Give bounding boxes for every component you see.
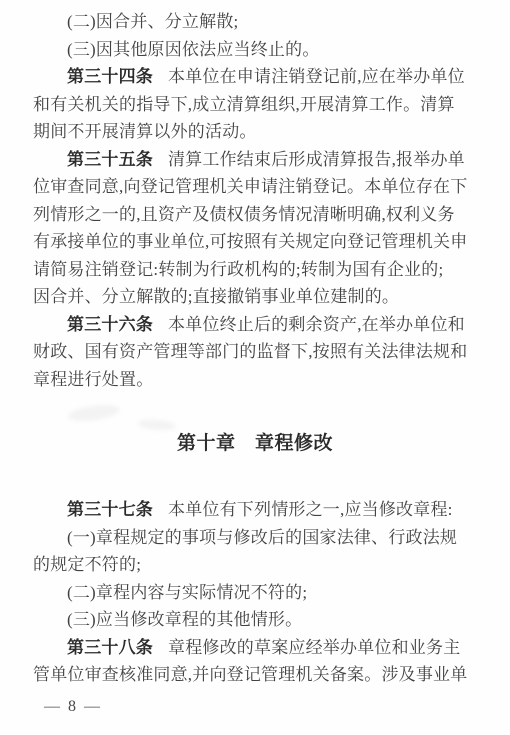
text-line: 章程进行处置。 bbox=[33, 366, 477, 394]
line-text: 因合并、分立解散的;直接撤销事业单位建制的。 bbox=[33, 287, 399, 306]
text-line: 第三十四条本单位在申请注销登记前,应在举办单位 bbox=[33, 63, 477, 91]
line-text: 管单位审查核准同意,并向登记管理机关备案。涉及事业单 bbox=[33, 665, 467, 684]
article-number: 第三十六条 bbox=[67, 315, 153, 334]
text-line: 第三十八条章程修改的草案应经举办单位和业务主 bbox=[33, 634, 477, 662]
document-body: (二)因合并、分立解散;(三)因其他原因依法应当终止的。第三十四条本单位在申请注… bbox=[33, 8, 477, 689]
line-text: 期间不开展清算以外的活动。 bbox=[33, 122, 257, 141]
line-text: 章程进行处置。 bbox=[33, 370, 153, 389]
article-number: 第三十五条 bbox=[67, 150, 153, 169]
text-line: (二)章程内容与实际情况不符的; bbox=[33, 579, 477, 607]
line-text: (二)因合并、分立解散; bbox=[67, 12, 238, 31]
text-line: 第三十七条本单位有下列情形之一,应当修改章程: bbox=[33, 496, 477, 524]
line-text: 位审查同意,向登记管理机关申请注销登记。本单位存在下 bbox=[33, 177, 467, 196]
text-line: 的规定不符的; bbox=[33, 551, 477, 579]
line-text: (一)章程规定的事项与修改后的国家法律、行政法规 bbox=[67, 528, 457, 547]
line-text: 列情形之一的,且资产及债权债务情况清晰明确,权利义务 bbox=[33, 205, 455, 224]
text-line: 管单位审查核准同意,并向登记管理机关备案。涉及事业单 bbox=[33, 661, 477, 689]
text-line: 期间不开展清算以外的活动。 bbox=[33, 118, 477, 146]
line-text: (三)因其他原因依法应当终止的。 bbox=[67, 40, 320, 59]
line-text: 本单位在申请注销登记前,应在举办单位 bbox=[168, 67, 465, 86]
line-text: 本单位终止后的剩余资产,在举办单位和 bbox=[168, 315, 465, 334]
text-line: 请简易注销登记:转制为行政机构的;转制为国有企业的; bbox=[33, 256, 477, 284]
line-text: 章程修改的草案应经举办单位和业务主 bbox=[168, 638, 460, 657]
text-line: 和有关机关的指导下,成立清算组织,开展清算工作。清算 bbox=[33, 91, 477, 119]
text-line: 财政、国有资产管理等部门的监督下,按照有关法律法规和 bbox=[33, 338, 477, 366]
text-line: (三)应当修改章程的其他情形。 bbox=[33, 606, 477, 634]
line-text: 和有关机关的指导下,成立清算组织,开展清算工作。清算 bbox=[33, 95, 455, 114]
line-text: (三)应当修改章程的其他情形。 bbox=[67, 610, 302, 629]
text-line: 因合并、分立解散的;直接撤销事业单位建制的。 bbox=[33, 283, 477, 311]
text-line: 有承接单位的事业单位,可按照有关规定向登记管理机关申 bbox=[33, 228, 477, 256]
line-text: 财政、国有资产管理等部门的监督下,按照有关法律法规和 bbox=[33, 342, 467, 361]
line-text: 清算工作结束后形成清算报告,报举办单 bbox=[168, 150, 465, 169]
line-text: 的规定不符的; bbox=[33, 555, 141, 574]
text-line: 第三十五条清算工作结束后形成清算报告,报举办单 bbox=[33, 146, 477, 174]
line-text: 本单位有下列情形之一,应当修改章程: bbox=[168, 500, 453, 519]
line-text: 请简易注销登记:转制为行政机构的;转制为国有企业的; bbox=[33, 260, 443, 279]
article-number: 第三十七条 bbox=[67, 500, 153, 519]
text-line: 位审查同意,向登记管理机关申请注销登记。本单位存在下 bbox=[33, 173, 477, 201]
page-number: — 8 — bbox=[44, 698, 102, 716]
text-line: 列情形之一的,且资产及债权债务情况清晰明确,权利义务 bbox=[33, 201, 477, 229]
line-text: (二)章程内容与实际情况不符的; bbox=[67, 583, 307, 602]
text-line: (一)章程规定的事项与修改后的国家法律、行政法规 bbox=[33, 524, 477, 552]
scanned-document-page: (二)因合并、分立解散;(三)因其他原因依法应当终止的。第三十四条本单位在申请注… bbox=[0, 0, 510, 735]
chapter-heading: 第十章 章程修改 bbox=[33, 430, 477, 457]
article-number: 第三十八条 bbox=[67, 638, 153, 657]
text-line: (二)因合并、分立解散; bbox=[33, 8, 477, 36]
line-text: 有承接单位的事业单位,可按照有关规定向登记管理机关申 bbox=[33, 232, 467, 251]
text-line: 第三十六条本单位终止后的剩余资产,在举办单位和 bbox=[33, 311, 477, 339]
text-line: (三)因其他原因依法应当终止的。 bbox=[33, 36, 477, 64]
article-number: 第三十四条 bbox=[67, 67, 153, 86]
